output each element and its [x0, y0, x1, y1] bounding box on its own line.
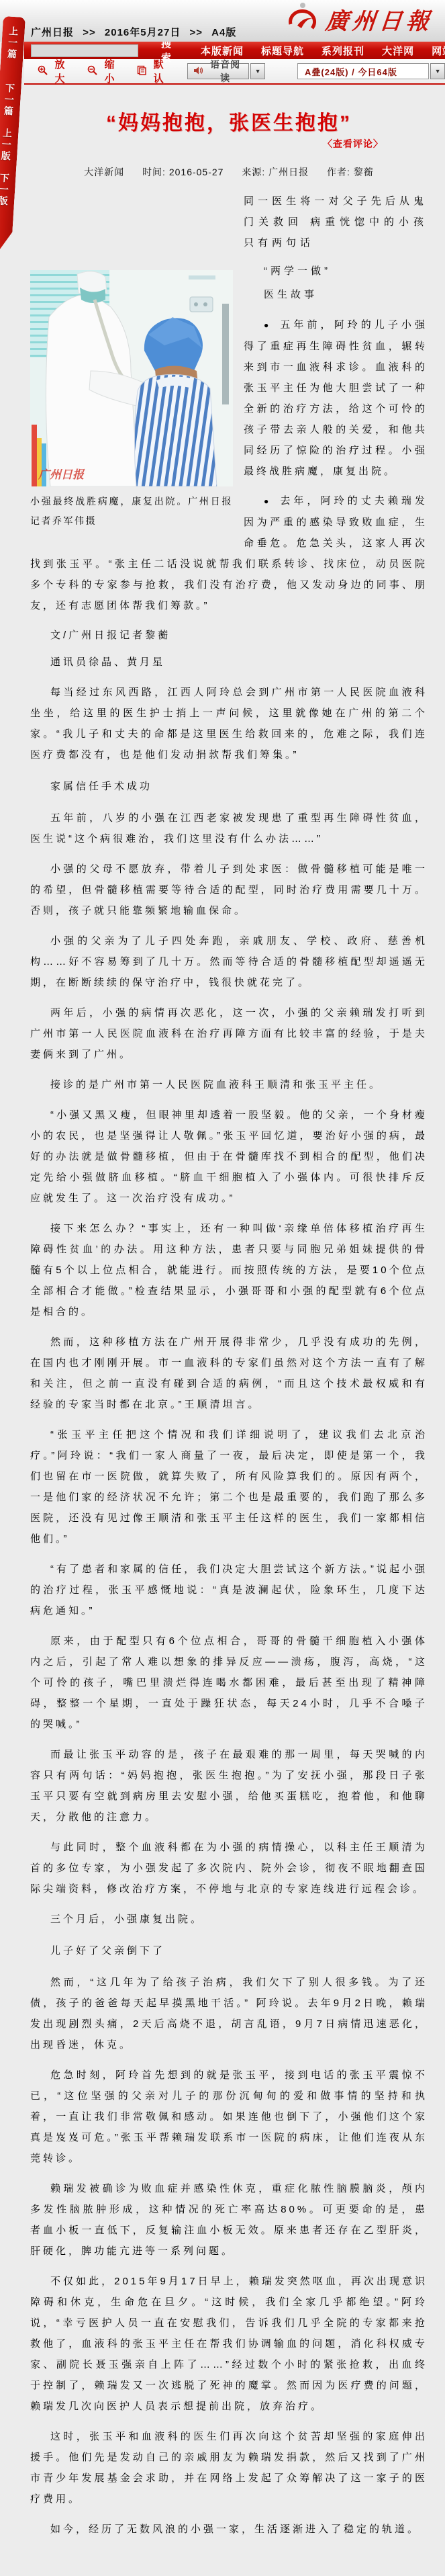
view-comments-link[interactable]: 〈查看评论〉: [323, 138, 383, 149]
bullet-icon: ●: [264, 320, 272, 330]
toolbar: 放大 缩小 默认 语音阅读 ▼ A叠(24: [24, 59, 445, 85]
magnifier-plus-icon: [38, 65, 50, 78]
article-meta: 大洋新闻 时间: 2016-05-27 来源: 广州日报 作者: 黎蘅: [30, 165, 428, 179]
document-icon: [137, 65, 149, 78]
nav-links: 本版新闻 标题导航 系列报刊 大洋网 网站地图: [201, 44, 445, 58]
article-paragraph: 原来，由于配型只有6个位点相合，哥哥的骨髓干细胞植入小强体内之后，引起了常人难以…: [30, 1631, 428, 1735]
ribbon-nav-item[interactable]: 上一版: [0, 128, 14, 163]
zoom-out-label: 缩小: [100, 57, 119, 85]
voice-dropdown-button[interactable]: ▼: [250, 63, 265, 79]
article-paragraph: 然而，“这几年为了给孩子治病，我们欠下了别人很多钱。为了还债，孩子的爸爸每天起早…: [30, 1972, 428, 2055]
article-paragraph: 赖瑞发被确诊为败血症并感染性休克，重症化脓性脑膜脑炎，颅内多发性脑脓肿形成，这种…: [30, 2178, 428, 2262]
meta-author: 作者: 黎蘅: [327, 167, 374, 177]
article-paragraph: 然而，这种移植方法在广州开展得非常少，几乎没有成功的先例，在国内也才刚刚开展。市…: [30, 1332, 428, 1415]
article-paragraph: 家属信任手术成功: [30, 776, 428, 797]
nav-link[interactable]: 系列报刊: [322, 44, 364, 58]
article-paragraph: 通讯员徐晶、黄月星: [30, 652, 428, 673]
page: 上一篇 下一篇 上一版 下一版 廣州日報 广州日报 >> 2016年5月27日 …: [0, 0, 445, 2576]
bullet-icon: ●: [264, 497, 272, 506]
article-paragraph: “张玉平主任把这个情况和我们详细说明了，建议我们去北京治疗。”阿玲说：“我们一家…: [30, 1424, 428, 1549]
article-paragraph: 两年后，小强的病情再次恶化，这一次，小强的父亲赖瑞发打听到广州市第一人民医院血液…: [30, 1002, 428, 1065]
edition-select-value: A叠(24版) / 今日64版: [297, 63, 429, 79]
article-paragraph: “有了患者和家属的信任，我们决定大胆尝试这个新方法。”说起小强的治疗过程，张玉平…: [30, 1559, 428, 1621]
article-paragraph: “小强又黑又瘦，但眼神里却透着一股坚毅。他的父亲，一个身材瘦小的农民，也是坚强得…: [30, 1105, 428, 1209]
article-paragraph: 五年前，八岁的小强在江西老家被发现患了重型再生障碍性贫血，医生说“这个病很难治，…: [30, 808, 428, 849]
breadcrumb-edition[interactable]: A4版: [211, 27, 236, 38]
logo-text: 廣州日報: [324, 2, 435, 41]
newspaper-logo[interactable]: 廣州日報: [277, 1, 433, 42]
photo-caption: 小强最终战胜病魔，康复出院。广州日报记者乔军伟摄: [30, 492, 233, 531]
article-paragraph: 儿子好了父亲倒下了: [30, 1940, 428, 1961]
default-size-label: 默认: [149, 57, 168, 85]
nav-link[interactable]: 大洋网: [382, 44, 414, 58]
voice-reading-label: 语音阅读: [207, 58, 243, 85]
article-paragraph: 与此同时，整个血液科都在为小强的病情操心，以科主任王顺清为首的多位专家，为小强发…: [30, 1837, 428, 1899]
voice-reading-control: 语音阅读 ▼: [187, 63, 265, 79]
chevron-down-icon: ▼: [255, 68, 261, 75]
ribbon-nav-item[interactable]: 下一篇: [1, 83, 17, 118]
zoom-out-button[interactable]: 缩小: [83, 56, 123, 86]
speaker-icon: [193, 66, 207, 77]
article-paragraph: 接下来怎么办？“事实上，还有一种叫做‘亲缘单倍体移植治疗再生障碍性贫血’的办法。…: [30, 1218, 428, 1322]
chevron-down-icon: ▼: [435, 68, 441, 75]
article-paragraph: 而最让张玉平动容的是，孩子在最艰难的那一周里，每天哭喊的内容只有两句话：“妈妈抱…: [30, 1744, 428, 1828]
article-figure: 广州日报 小强最终战胜病魔，康复出院。广州日报记者乔军伟摄: [30, 191, 233, 531]
meta-site: 大洋新闻: [84, 167, 124, 177]
breadcrumb: 广州日报 >> 2016年5月27日 >> A4版: [31, 25, 236, 39]
voice-reading-button[interactable]: 语音阅读: [187, 63, 249, 79]
magnifier-minus-icon: [87, 65, 100, 78]
zoom-in-label: 放大: [50, 57, 70, 85]
breadcrumb-separator: >>: [83, 27, 96, 38]
search-input[interactable]: [31, 44, 138, 57]
article-paragraph: 如今，经历了无数风浪的小强一家，生活逐渐进入了稳定的轨道。: [30, 2519, 428, 2540]
article-paragraph: 每当经过东风西路，江西人阿玲总会到广州市第一人民医院血液科坐坐，给这里的医生护士…: [30, 682, 428, 765]
article-paragraph: 文/广州日报记者黎蘅: [30, 625, 428, 646]
article-paragraph: 小强的父亲为了儿子四处奔跑，亲戚朋友、学校、政府、慈善机构……好不容易筹到了几十…: [30, 931, 428, 993]
logo-swirl-icon: [277, 1, 326, 42]
article-paragraph: 小强的父母不愿放弃，带着儿子到处求医：做骨髓移植可能是唯一的希望，但骨髓移植需要…: [30, 859, 428, 921]
article-paragraph: 三个月后，小强康复出院。: [30, 1909, 428, 1930]
edition-select[interactable]: A叠(24版) / 今日64版 ▼: [297, 63, 445, 79]
article: “妈妈抱抱，张医生抱抱” 〈查看评论〉 大洋新闻 时间: 2016-05-27 …: [0, 85, 445, 2576]
meta-time: 时间: 2016-05-27: [142, 167, 224, 177]
nav-link[interactable]: 标题导航: [261, 44, 304, 58]
zoom-in-button[interactable]: 放大: [34, 56, 74, 86]
article-title: “妈妈抱抱，张医生抱抱”: [30, 106, 428, 136]
article-paragraph: 这时，张玉平和血液科的医生们再次向这个贫苦却坚强的家庭伸出援手。他们先是发动自己…: [30, 2426, 428, 2509]
breadcrumb-paper[interactable]: 广州日报: [31, 27, 74, 38]
article-photo: 广州日报: [30, 270, 233, 486]
nav-link[interactable]: 本版新闻: [201, 44, 244, 58]
ribbon-nav-item[interactable]: 下一版: [0, 173, 11, 208]
article-paragraph: 危急时刻，阿玲首先想到的就是张玉平，接到电话的张玉平震惊不已，“这位坚强的父亲对…: [30, 2065, 428, 2169]
article-paragraph: 不仅如此，2015年9月17日早上，赖瑞发突然呕血，再次出现意识障碍和休克，生命…: [30, 2271, 428, 2417]
edition-dropdown-button[interactable]: ▼: [430, 63, 445, 79]
meta-source: 来源: 广州日报: [242, 167, 309, 177]
header: 廣州日報 广州日报 >> 2016年5月27日 >> A4版: [0, 0, 445, 42]
default-size-button[interactable]: 默认: [133, 56, 172, 86]
article-paragraph: 接诊的是广州市第一人民医院血液科王顺清和张玉平主任。: [30, 1074, 428, 1095]
breadcrumb-separator: >>: [189, 27, 203, 38]
nav-link[interactable]: 网站地图: [432, 44, 445, 58]
breadcrumb-date[interactable]: 2016年5月27日: [105, 27, 181, 38]
ribbon-nav-item[interactable]: 上一篇: [5, 26, 21, 60]
photo-watermark: 广州日报: [38, 468, 85, 481]
